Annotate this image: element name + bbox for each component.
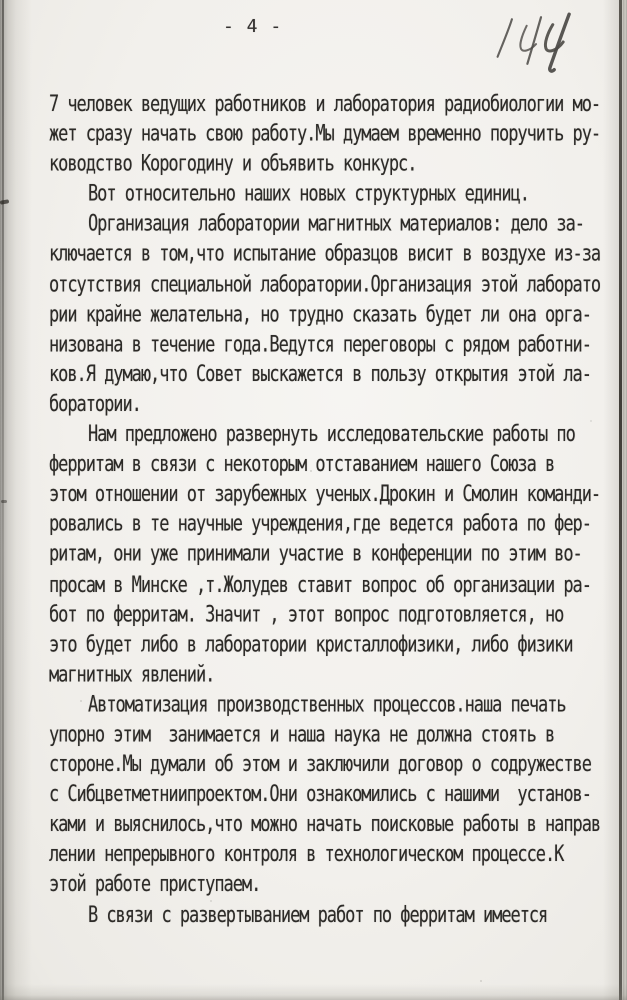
text-line: просам в Минске ,т.Жолудев ставит вопрос… bbox=[49, 570, 617, 600]
paragraph: В связи с развертыванием работ по феррит… bbox=[49, 901, 617, 931]
text-line: ков.Я думаю,что Совет выскажется в польз… bbox=[49, 360, 617, 390]
text-line: упорно этим занимается и наша наука не д… bbox=[49, 720, 617, 750]
text-line: ритам, они уже принимали участие в конфе… bbox=[49, 540, 617, 570]
text-line: боратории. bbox=[49, 390, 617, 420]
text-line: низована в течение года.Ведутся перегово… bbox=[49, 330, 617, 360]
text-line: В связи с развертыванием работ по феррит… bbox=[49, 901, 617, 931]
left-edge-mark bbox=[1, 500, 7, 503]
text-line: жет сразу начать свою работу.Мы думаем в… bbox=[49, 120, 617, 150]
left-edge-line bbox=[2, 0, 4, 1000]
text-line: ферритам в связи с некоторым отставанием… bbox=[49, 450, 617, 480]
text-line: Нам предложено развернуть исследовательс… bbox=[49, 420, 617, 450]
right-edge-line bbox=[619, 0, 622, 1000]
text-line: этой работе приступаем. bbox=[49, 871, 617, 901]
text-line: ководство Корогодину и объявить конкурс. bbox=[49, 150, 617, 180]
text-line: ключается в том,что испытание образцов в… bbox=[49, 240, 617, 270]
text-line: Вот относительно наших новых структурных… bbox=[49, 180, 617, 210]
page-number: - 4 - bbox=[223, 16, 282, 37]
right-edge-strip bbox=[622, 0, 627, 1000]
left-edge-shadow bbox=[0, 0, 32, 1000]
bottom-edge-shadow bbox=[0, 984, 627, 1000]
text-line: Организация лаборатории магнитных матери… bbox=[49, 210, 617, 240]
text-line: ровались в те научные учреждения,где вед… bbox=[49, 510, 617, 540]
text-line: ками и выяснилось,что можно начать поиск… bbox=[49, 811, 617, 841]
paragraph: 7 человек ведущих работников и лаборатор… bbox=[49, 90, 617, 180]
text-line: отсутствия специальной лаборатории.Орган… bbox=[49, 270, 617, 300]
document-body: 7 человек ведущих работников и лаборатор… bbox=[49, 90, 617, 931]
text-line: с Сибцветметниипроектом.Они ознакомились… bbox=[49, 781, 617, 811]
left-edge-crease bbox=[0, 199, 9, 205]
text-line: 7 человек ведущих работников и лаборатор… bbox=[49, 90, 617, 120]
paragraph: Автоматизация производственных процессов… bbox=[49, 690, 617, 900]
text-line: рии крайне желательна, но трудно сказать… bbox=[49, 300, 617, 330]
scanned-page: - 4 - 7 человек ведущих работников и лаб… bbox=[0, 0, 627, 1000]
paragraph: Вот относительно наших новых структурных… bbox=[49, 180, 617, 210]
paragraph: Нам предложено развернуть исследовательс… bbox=[49, 420, 617, 690]
paper-specks bbox=[120, 140, 122, 142]
text-line: лении непрерывного контроля в технологич… bbox=[49, 841, 617, 871]
text-line: это будет либо в лаборатории кристаллофи… bbox=[49, 630, 617, 660]
handwritten-number bbox=[485, 6, 584, 85]
text-line: этом отношении от зарубежных ученых.Дрок… bbox=[49, 480, 617, 510]
text-line: Автоматизация производственных процессов… bbox=[49, 690, 617, 720]
paragraph: Организация лаборатории магнитных матери… bbox=[49, 210, 617, 420]
text-line: бот по ферритам. Значит , этот вопрос по… bbox=[49, 600, 617, 630]
text-line: стороне.Мы думали об этом и заключили до… bbox=[49, 750, 617, 780]
text-line: магнитных явлений. bbox=[49, 660, 617, 690]
